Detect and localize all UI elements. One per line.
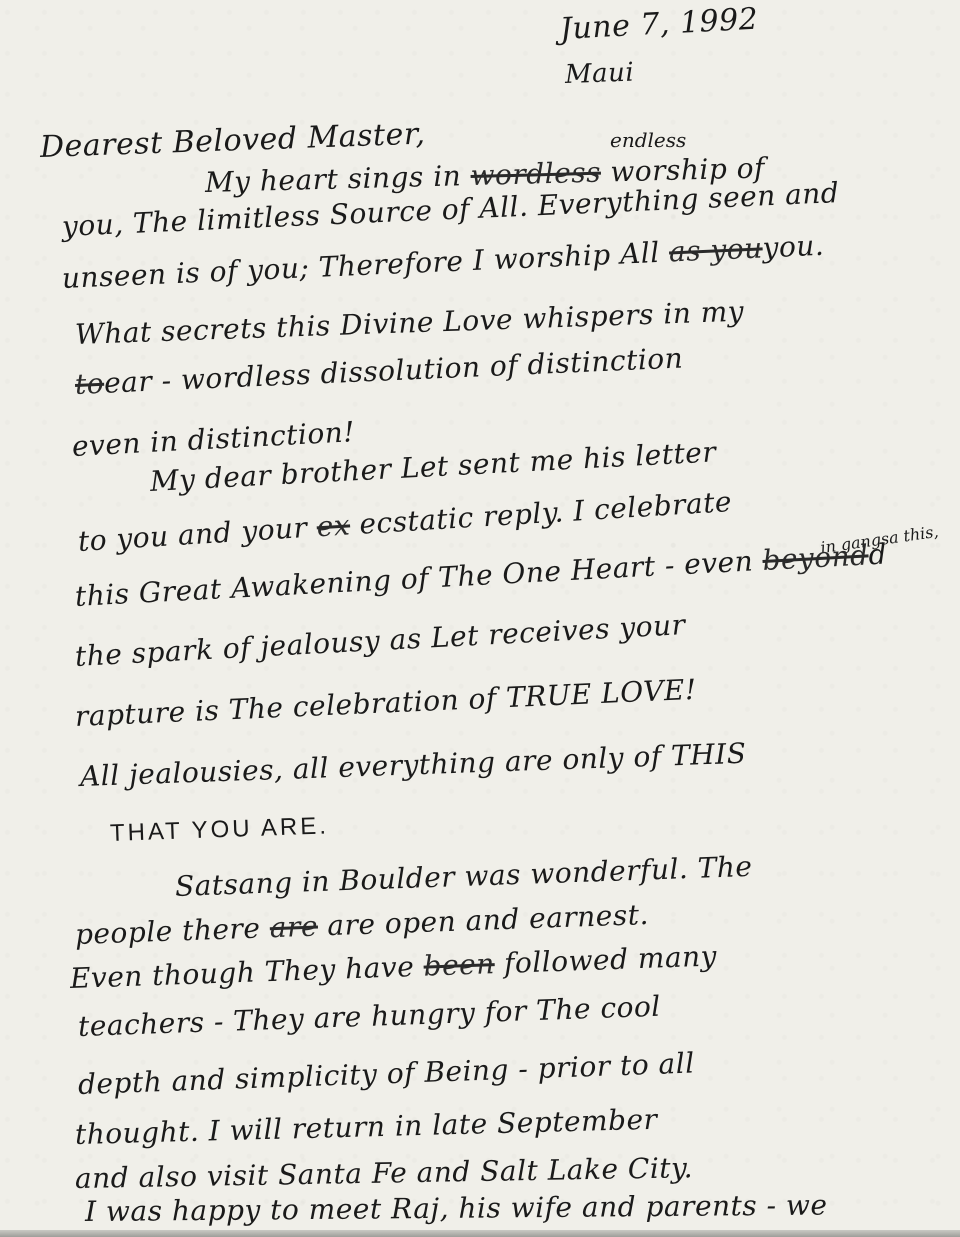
struck-word: ex bbox=[316, 508, 351, 543]
struck-word: beyond bbox=[762, 538, 870, 577]
insertion-endless: endless bbox=[610, 128, 686, 152]
letter-line: and also visit Santa Fe and Salt Lake Ci… bbox=[75, 1151, 694, 1195]
page-bottom-edge bbox=[0, 1230, 960, 1237]
struck-word: as you bbox=[668, 231, 763, 268]
letter-line: toear - wordless dissolution of distinct… bbox=[74, 341, 684, 401]
letter-line: the spark of jealousy as Let receives yo… bbox=[74, 608, 686, 673]
line-text: to you and your bbox=[77, 510, 318, 558]
line-text: ear - wordless dissolution of distinctio… bbox=[103, 341, 683, 399]
letter-place: Maui bbox=[564, 58, 634, 90]
letter-date: June 7, 1992 bbox=[559, 2, 759, 47]
letter-line: thought. I will return in late September bbox=[75, 1103, 658, 1151]
line-text: this Great Awakening of The One Heart - … bbox=[74, 544, 763, 613]
line-text: unseen is of you; Therefore I worship Al… bbox=[61, 236, 669, 295]
line-text: people there bbox=[74, 911, 270, 951]
letter-line: Satsang in Boulder was wonderful. The bbox=[174, 850, 753, 903]
line-text: you. bbox=[762, 229, 825, 265]
line-text: Even though They have bbox=[69, 950, 424, 995]
letter-line: depth and simplicity of Being - prior to… bbox=[77, 1046, 695, 1101]
letter-line: I was happy to meet Raj, his wife and pa… bbox=[85, 1189, 828, 1228]
letter-line: people there are are open and earnest. bbox=[74, 898, 649, 951]
letter-line: THAT YOU ARE. bbox=[110, 812, 330, 848]
letter-page: June 7, 1992 Maui Dearest Beloved Master… bbox=[0, 0, 960, 1230]
letter-line: teachers - They are hungry for The cool bbox=[77, 990, 661, 1043]
struck-word: to bbox=[74, 367, 105, 401]
line-text: are open and earnest. bbox=[317, 898, 649, 943]
letter-line: rapture is The celebration of TRUE LOVE! bbox=[74, 673, 697, 733]
line-text: d bbox=[868, 537, 888, 571]
letter-salutation: Dearest Beloved Master, bbox=[39, 117, 426, 165]
struck-word: been bbox=[423, 947, 495, 982]
letter-line: All jealousies, all everything are only … bbox=[79, 737, 746, 793]
line-text: followed many bbox=[494, 939, 717, 980]
struck-word: are bbox=[269, 910, 318, 945]
letter-line: unseen is of you; Therefore I worship Al… bbox=[61, 229, 825, 295]
line-text: ecstatic reply. I celebrate bbox=[349, 485, 733, 541]
